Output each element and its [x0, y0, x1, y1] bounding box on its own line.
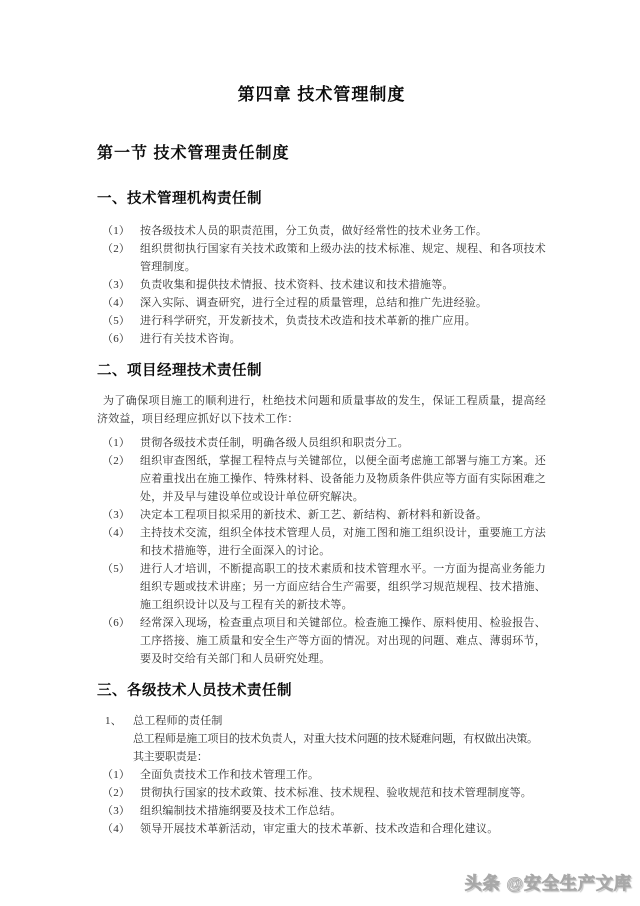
item-text: 组织贯彻执行国家有关技术政策和上级办法的技术标准、规定、规程、和各项技术管理制度… [140, 240, 546, 276]
item-text: 决定本工程项目拟采用的新技术、新工艺、新结构、新材料和新设备。 [140, 506, 546, 524]
item-text: 组织编制技术措施纲要及技术工作总结。 [140, 802, 546, 820]
item-number: （4） [97, 820, 140, 838]
item-number: （3） [97, 276, 140, 294]
intro-line: 总工程师是施工项目的技术负责人，对重大技术问题的技术疑难问题，有权做出决策。 [133, 730, 546, 748]
list-item: （1） 按各级技术人员的职责范围，分工负责，做好经常性的技术业务工作。 [97, 222, 546, 240]
chapter-title: 第四章 技术管理制度 [97, 84, 546, 106]
subitem-intro: 总工程师是施工项目的技术负责人，对重大技术问题的技术疑难问题，有权做出决策。 其… [133, 730, 546, 766]
list-item: （4） 深入实际、调查研究，进行全过程的质量管理，总结和推广先进经验。 [97, 294, 546, 312]
numbered-subitem-heading: 1、 总工程师的责任制 [97, 712, 546, 730]
list-sub3: （1） 全面负责技术工作和技术管理工作。 （2） 贯彻执行国家的技术政策、技术标… [97, 766, 546, 838]
item-number: （1） [97, 434, 140, 452]
list-item: （4） 主持技术交流，组织全体技术管理人员，对施工图和施工组织设计，重要施工方法… [97, 524, 546, 560]
item-number: （2） [97, 784, 140, 802]
list-sub2: （1） 贯彻各级技术责任制，明确各级人员组织和职责分工。 （2） 组织审查图纸，… [97, 434, 546, 668]
item-text: 按各级技术人员的职责范围，分工负责，做好经常性的技术业务工作。 [140, 222, 546, 240]
item-text: 贯彻执行国家的技术政策、技术标准、技术规程、验收规范和技术管理制度等。 [140, 784, 546, 802]
list-item: （3） 负责收集和提供技术情报、技术资料、技术建议和技术措施等。 [97, 276, 546, 294]
list-item: （4） 领导开展技术革新活动，审定重大的技术革新、技术改造和合理化建议。 [97, 820, 546, 838]
document-page: 第四章 技术管理制度 第一节 技术管理责任制度 一、技术管理机构责任制 （1） … [0, 0, 640, 906]
item-text: 进行科学研究，开发新技术，负责技术改造和技术革新的推广应用。 [140, 312, 546, 330]
intro-paragraph: 为了确保项目施工的顺利进行，杜绝技术问题和质量事故的发生，保证工程质量，提高经济… [97, 392, 546, 428]
list-item: （6） 经常深入现场，检查重点项目和关键部位。检查施工操作、原料使用、检验报告、… [97, 614, 546, 668]
item-text: 深入实际、调查研究，进行全过程的质量管理，总结和推广先进经验。 [140, 294, 546, 312]
item-text: 经常深入现场，检查重点项目和关键部位。检查施工操作、原料使用、检验报告、工序搭接… [140, 614, 546, 668]
list-item: （1） 贯彻各级技术责任制，明确各级人员组织和职责分工。 [97, 434, 546, 452]
item-text: 负责收集和提供技术情报、技术资料、技术建议和技术措施等。 [140, 276, 546, 294]
list-item: （1） 全面负责技术工作和技术管理工作。 [97, 766, 546, 784]
section-title: 第一节 技术管理责任制度 [97, 144, 546, 164]
list-item: （2） 组织贯彻执行国家有关技术政策和上级办法的技术标准、规定、规程、和各项技术… [97, 240, 546, 276]
item-number: （5） [97, 560, 140, 614]
item-number: （6） [97, 614, 140, 668]
subsection-heading-1: 一、技术管理机构责任制 [97, 190, 546, 208]
item-number: 1、 [97, 712, 133, 730]
list-item: （5） 进行科学研究，开发新技术，负责技术改造和技术革新的推广应用。 [97, 312, 546, 330]
item-text: 总工程师的责任制 [133, 712, 546, 730]
item-number: （2） [97, 240, 140, 276]
item-number: （4） [97, 294, 140, 312]
item-text: 进行人才培训，不断提高职工的技术素质和技术管理水平。一方面为提高业务能力组织专题… [140, 560, 546, 614]
list-item: （5） 进行人才培训，不断提高职工的技术素质和技术管理水平。一方面为提高业务能力… [97, 560, 546, 614]
subsection-heading-3: 三、各级技术人员技术责任制 [97, 682, 546, 700]
item-text: 领导开展技术革新活动，审定重大的技术革新、技术改造和合理化建议。 [140, 820, 546, 838]
item-text: 贯彻各级技术责任制，明确各级人员组织和职责分工。 [140, 434, 546, 452]
item-number: （1） [97, 222, 140, 240]
watermark: 头条 @安全生产文库 [465, 869, 632, 894]
item-text: 全面负责技术工作和技术管理工作。 [140, 766, 546, 784]
list-sub1: （1） 按各级技术人员的职责范围，分工负责，做好经常性的技术业务工作。 （2） … [97, 222, 546, 348]
item-number: （2） [97, 452, 140, 506]
item-number: （3） [97, 802, 140, 820]
intro-line: 其主要职责是： [133, 748, 546, 766]
item-number: （5） [97, 312, 140, 330]
item-number: （1） [97, 766, 140, 784]
item-number: （4） [97, 524, 140, 560]
item-number: （3） [97, 506, 140, 524]
subsection-heading-2: 二、项目经理技术责任制 [97, 362, 546, 380]
item-text: 组织审查图纸，掌握工程特点与关键部位，以便全面考虑施工部署与施工方案。还应着重找… [140, 452, 546, 506]
list-item: （3） 组织编制技术措施纲要及技术工作总结。 [97, 802, 546, 820]
list-item: （2） 组织审查图纸，掌握工程特点与关键部位，以便全面考虑施工部署与施工方案。还… [97, 452, 546, 506]
item-number: （6） [97, 330, 140, 348]
list-item: （3） 决定本工程项目拟采用的新技术、新工艺、新结构、新材料和新设备。 [97, 506, 546, 524]
list-item: （2） 贯彻执行国家的技术政策、技术标准、技术规程、验收规范和技术管理制度等。 [97, 784, 546, 802]
item-text: 进行有关技术咨询。 [140, 330, 546, 348]
list-item: （6） 进行有关技术咨询。 [97, 330, 546, 348]
item-text: 主持技术交流，组织全体技术管理人员，对施工图和施工组织设计，重要施工方法和技术措… [140, 524, 546, 560]
